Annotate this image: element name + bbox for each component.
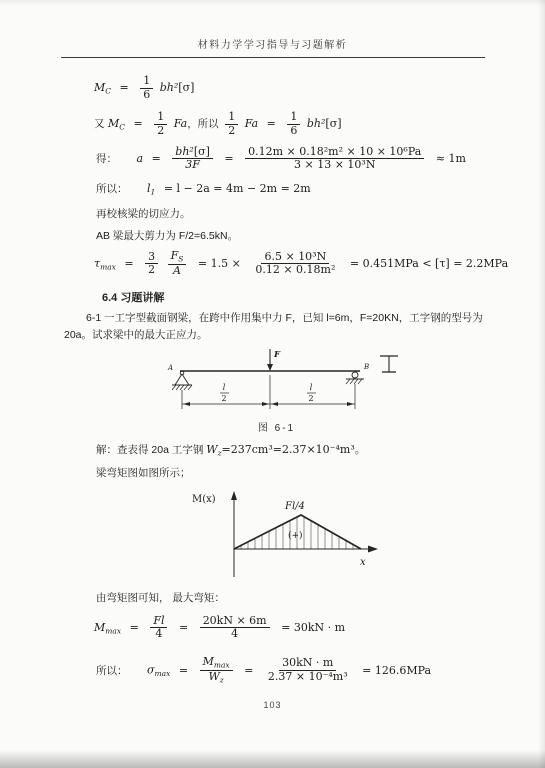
dim-numerator: l — [309, 383, 312, 392]
fraction: 30kN · m2.37 × 10⁻⁴m³ — [265, 657, 351, 683]
force-label: F — [273, 350, 281, 360]
dim-denominator: 2 — [221, 394, 226, 403]
dimension-right: l 2 — [270, 383, 355, 406]
section-title-6-4: 6.4 习题讲解 — [102, 289, 489, 305]
fraction: 6.5 × 10³N0.12 × 0.18m² — [252, 251, 338, 277]
book-page: 材料力学学习指导与习题解析 MC = 16 bh²[σ] 又 MC = 12 F… — [0, 0, 545, 768]
page-content: MC = 16 bh²[σ] 又 MC = 12 Fa，所以 12 Fa = 1… — [0, 75, 545, 685]
fraction: Mmax Wz — [200, 656, 233, 685]
fraction: 32 — [145, 251, 158, 277]
fraction: 0.12m × 0.18²m² × 10 × 10⁶Pa3 × 13 × 10³… — [245, 146, 424, 172]
formula-m-max: Mmax = Fl4 = 20kN × 6m4 = 30kN · m — [94, 615, 489, 641]
fraction: 20kN × 6m4 — [200, 615, 270, 641]
formula-sigma-max: 所以： σmax = Mmax Wz = 30kN · m2.37 × 10⁻⁴… — [96, 656, 489, 685]
sign-label: (+) — [288, 530, 303, 541]
fraction: 16 — [287, 111, 300, 137]
line-max-shear: AB 梁最大剪力为 F/2=6.5kN。 — [96, 229, 489, 243]
conclusion-line: 由弯矩图可知， 最大弯矩： — [96, 591, 489, 605]
formula-tau-max: τmax = 32 FS A = 1.5 × 6.5 × 10³N0.12 × … — [94, 250, 489, 278]
formula-mc: MC = 16 bh²[σ] — [94, 75, 489, 101]
fraction: 12 — [225, 111, 238, 137]
fraction: 16 — [140, 75, 153, 101]
moment-diagram-figure: M(x) x Fl/4 (+) — [76, 485, 501, 586]
fraction: 12 — [154, 111, 167, 137]
moment-intro-line: 梁弯矩图如图所示； — [96, 466, 489, 480]
roller-support-b: B — [346, 363, 369, 384]
page-header-title: 材料力学学习指导与习题解析 — [61, 36, 485, 58]
fraction: bh²[σ] 3F — [172, 146, 213, 172]
axis-x-label: x — [360, 557, 366, 568]
line-check-shear: 再校核梁的切应力。 — [96, 207, 489, 221]
moment-diagram: M(x) x Fl/4 (+) — [184, 485, 394, 581]
axis-m: M(x) — [192, 491, 237, 577]
i-beam-section-icon — [380, 356, 398, 372]
dim-numerator: l — [222, 383, 225, 392]
page-number: 103 — [0, 700, 545, 710]
problem-6-1-statement: 6-1 一工字型截面钢梁，在跨中作用集中力 F，已知 l=6m，F=20KN，工… — [64, 310, 489, 345]
axis-x: x — [234, 545, 378, 568]
axis-m-label: M(x) — [192, 494, 216, 505]
support-b-label: B — [363, 363, 369, 371]
line-l1: 所以： l1 = l − 2a = 4m − 2m = 2m — [96, 182, 489, 197]
fraction: FS A — [168, 250, 187, 278]
force-arrow: F — [267, 349, 281, 371]
beam-figure: F A — [64, 347, 489, 434]
fraction: Fl4 — [150, 615, 167, 641]
support-a-label: A — [167, 364, 173, 372]
formula-mc-expanded: 又 MC = 12 Fa，所以 12 Fa = 16 bh²[σ] — [94, 111, 489, 137]
dimension-left: l 2 — [182, 383, 270, 406]
dim-denominator: 2 — [308, 394, 313, 403]
var-mc: M — [94, 81, 105, 94]
peak-label: Fl/4 — [284, 501, 305, 512]
solution-lookup-line: 解：查表得 20a 工字钢 Wz=237cm³=2.37×10⁻⁴m³。 — [96, 443, 489, 458]
pin-support-a: A — [167, 364, 192, 390]
formula-a: 得： a = bh²[σ] 3F = 0.12m × 0.18²m² × 10 … — [96, 146, 489, 172]
beam-diagram: F A — [142, 347, 412, 410]
figure-caption: 图 6-1 — [64, 419, 489, 434]
